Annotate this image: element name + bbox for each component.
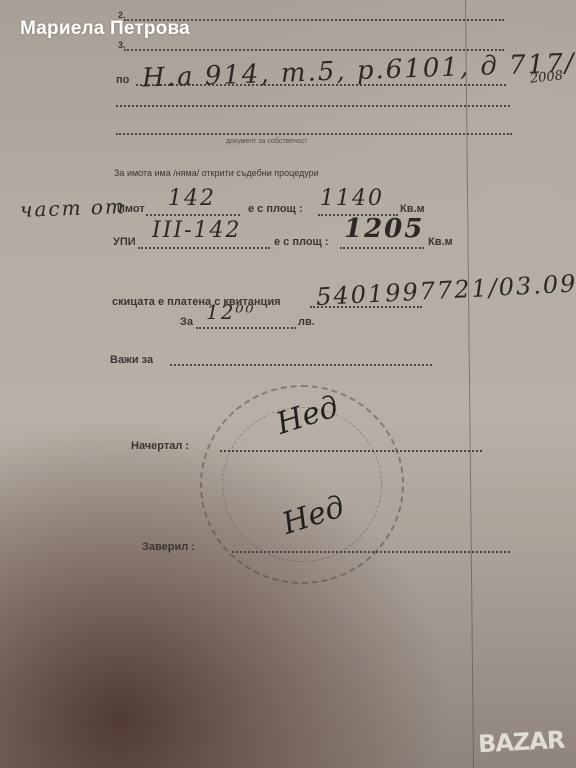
upi-number: III-142 bbox=[152, 218, 242, 243]
upi-area-value: 1205 bbox=[344, 214, 424, 244]
document-photo bbox=[0, 0, 576, 768]
seller-name: Мариела Петрова bbox=[20, 18, 190, 40]
dotted-line bbox=[220, 450, 482, 452]
dotted-line bbox=[116, 105, 510, 107]
dotted-line bbox=[116, 133, 512, 135]
valid-label: Важи за bbox=[110, 354, 153, 366]
drawn-by-label: Начертал : bbox=[131, 440, 189, 452]
dotted-line bbox=[138, 247, 270, 249]
ownership-caption: документ за собственост bbox=[226, 138, 307, 145]
dotted-line bbox=[170, 364, 432, 366]
dotted-line bbox=[232, 551, 510, 553]
amount-label: За bbox=[180, 316, 193, 328]
bazar-logo: BAZAR bbox=[477, 726, 565, 758]
property-area-label: е с площ : bbox=[248, 203, 303, 215]
upi-area-label: е с площ : bbox=[274, 236, 329, 248]
dotted-line bbox=[340, 247, 424, 249]
property-number: 142 bbox=[168, 186, 216, 211]
dotted-line bbox=[146, 214, 240, 216]
upi-label: УПИ bbox=[113, 236, 136, 248]
certified-by-label: Заверил : bbox=[142, 541, 195, 553]
amount-value: 12⁰⁰ bbox=[206, 300, 255, 324]
currency-label: лв. bbox=[298, 316, 315, 328]
upi-area-unit: Кв.м bbox=[428, 236, 453, 248]
property-label: Имот bbox=[117, 203, 145, 215]
po-label: по bbox=[116, 74, 129, 86]
dotted-line bbox=[196, 327, 296, 329]
court-procedures-text: За имота има /няма/ открити съдебни проц… bbox=[114, 168, 319, 178]
margin-note: част от bbox=[20, 194, 127, 222]
property-area-value: 1140 bbox=[320, 186, 384, 211]
dotted-line bbox=[124, 49, 504, 51]
